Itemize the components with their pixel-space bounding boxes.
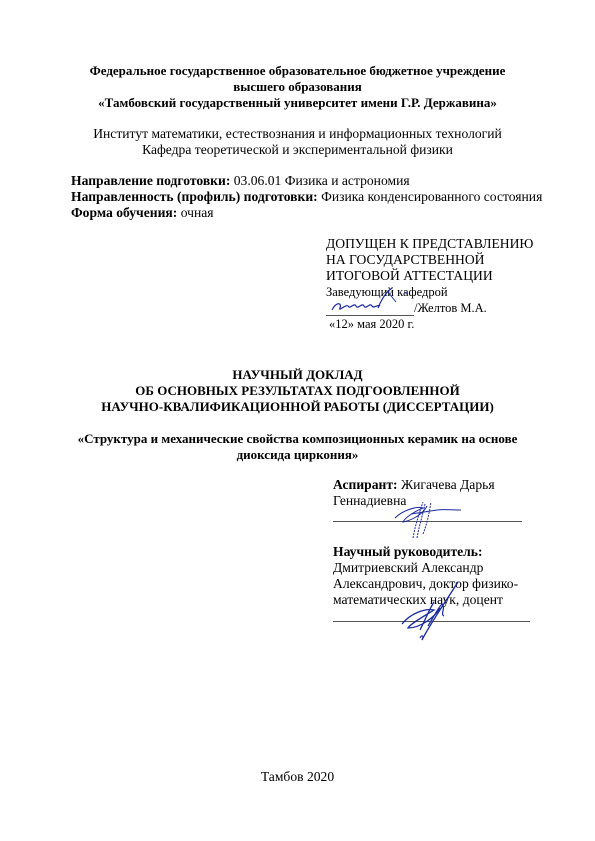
direction-label: Направление подготовки:: [71, 173, 230, 188]
topic-line-1: «Структура и механические свойства компо…: [0, 431, 595, 447]
student-name: Жигачева Дарья: [398, 477, 495, 492]
head-name: /Желтов М.А.: [414, 301, 487, 315]
supervisor-line-3: математических наук, доцент: [333, 592, 503, 609]
report-title-line-3: НАУЧНО-КВАЛИФИКАЦИОННОЙ РАБОТЫ (ДИССЕРТА…: [0, 399, 595, 415]
head-signature-row: /Желтов М.А.: [326, 300, 566, 316]
approval-block: ДОПУЩЕН К ПРЕДСТАВЛЕНИЮ НА ГОСУДАРСТВЕНН…: [326, 236, 566, 332]
approval-line-3: ИТОГОВОЙ АТТЕСТАЦИИ: [326, 268, 566, 284]
supervisor-signature-line: [333, 621, 530, 622]
program-profile: Направленность (профиль) подготовки: Физ…: [71, 189, 542, 206]
report-title-line-1: НАУЧНЫЙ ДОКЛАД: [0, 367, 595, 383]
approval-line-2: НА ГОСУДАРСТВЕННОЙ: [326, 252, 566, 268]
profile-value: Физика конденсированного состояния: [318, 189, 543, 204]
supervisor-label: Научный руководитель:: [333, 544, 483, 561]
program-direction: Направление подготовки: 03.06.01 Физика …: [71, 173, 410, 190]
report-title-line-2: ОБ ОСНОВНЫХ РЕЗУЛЬТАТАХ ПОДГООВЛЕННОЙ: [0, 383, 595, 399]
head-signature-line: [326, 303, 414, 316]
student-label: Аспирант:: [333, 477, 398, 492]
approval-date: «12» мая 2020 г.: [326, 316, 566, 332]
department-name: Кафедра теоретической и экспериментально…: [0, 142, 595, 159]
student-signature-line: [333, 521, 522, 522]
institution-name: «Тамбовский государственный университет …: [0, 95, 595, 111]
institution-line-2: высшего образования: [0, 79, 595, 95]
student-row: Аспирант: Жигачева Дарья: [333, 477, 495, 494]
form-label: Форма обучения:: [71, 205, 177, 220]
form-value: очная: [177, 205, 213, 220]
student-patronymic: Геннадиевна: [333, 493, 406, 510]
head-title: Заведующий кафедрой: [326, 284, 566, 300]
institute-name: Институт математики, естествознания и ин…: [0, 126, 595, 143]
city-year: Тамбов 2020: [0, 769, 595, 786]
approval-line-1: ДОПУЩЕН К ПРЕДСТАВЛЕНИЮ: [326, 236, 566, 252]
direction-value: 03.06.01 Физика и астрономия: [230, 173, 409, 188]
supervisor-line-1: Дмитриевский Александр: [333, 560, 483, 577]
topic-line-2: диоксида циркония»: [0, 447, 595, 463]
supervisor-line-2: Александрович, доктор физико-: [333, 576, 518, 593]
profile-label: Направленность (профиль) подготовки:: [71, 189, 318, 204]
institution-line-1: Федеральное государственное образователь…: [0, 63, 595, 79]
program-form: Форма обучения: очная: [71, 205, 214, 222]
